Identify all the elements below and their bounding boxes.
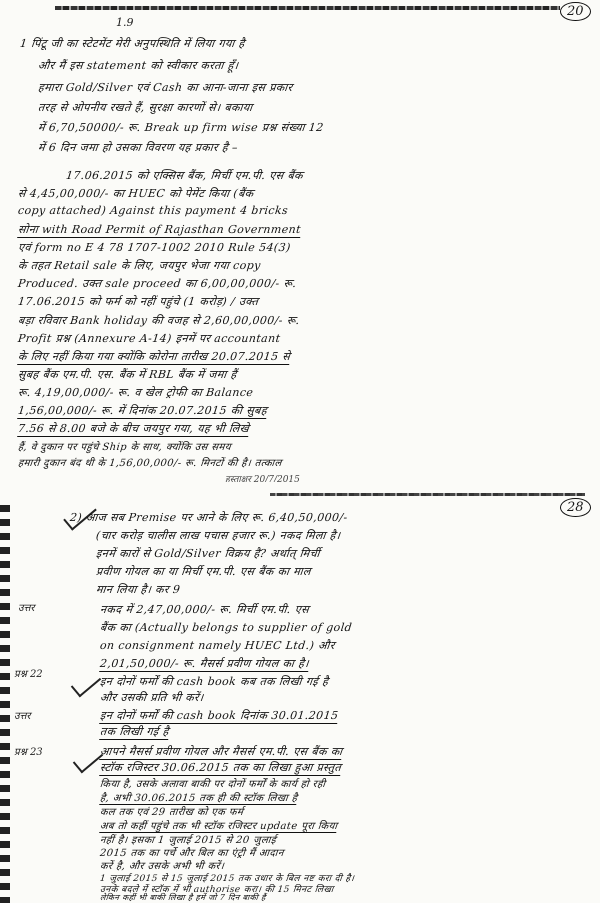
text-line: आपने मैसर्स प्रवीण गोयल और मैसर्स एम.पी.… (99, 744, 343, 760)
text-line: 17.06.2015 को एक्सिस बैंक, मिर्ची एम.पी.… (65, 168, 304, 183)
text-line: 1,56,00,000/- रू. में दिनांक 20.07.2015 … (17, 403, 268, 419)
text-line: और मैं इस statement को स्वीकार करता हूँ। (37, 58, 239, 73)
text-line: लेकिन कहीं भी बाकी लिखा है हमें जो 7 दिन… (99, 892, 266, 903)
text-line: तरह से ओपनीय रखते हैं, सुरक्षा कारणों से… (37, 100, 253, 115)
scan-header-strip (55, 6, 560, 10)
text-line: 2015 तक का पर्चे और बिल का एंट्री मैं आद… (99, 845, 284, 859)
header-mark: 1.9 (116, 16, 134, 29)
scan-header-strip (270, 493, 585, 496)
page-number-badge: 28 (560, 500, 591, 515)
text-line: इन दोनों फर्मों की cash book दिनांक 30.0… (99, 708, 339, 724)
text-line: बैंक का (Actually belongs to supplier of… (99, 620, 353, 635)
text-line: (चार करोड़ चालीस लाख पचास हजार रू.) नकद … (95, 528, 341, 543)
margin-note: उत्तर (14, 708, 30, 722)
checkmark-icon (71, 669, 101, 698)
text-line: है, अभी 30.06.2015 तक ही की स्टॉक लिखा ह… (99, 790, 298, 805)
text-line: करें है, और उसके अभी भी करें। (99, 858, 225, 872)
text-line: और उसकी प्रति भी करें। (99, 690, 204, 705)
text-line: बड़ा रविवार Bank holiday की वजह से 2,60,… (17, 313, 300, 328)
text-line: नकद में 2,47,00,000/- रू. मिर्ची एम.पी. … (99, 602, 310, 617)
text-line: से 4,45,00,000/- का HUEC को पेमेंट किया … (17, 186, 254, 201)
margin-note: उत्तर (18, 600, 34, 614)
text-line: स्टॉक रजिस्टर 30.06.2015 तक का लिखा हुआ … (99, 760, 342, 776)
text-line: में 6,70,50000/- रू. Break up firm wise … (37, 120, 324, 135)
text-line: on consignment namely HUEC Ltd.) और (99, 638, 335, 653)
text-line: मान लिया है। कर 9 (95, 582, 181, 597)
text-line: एवं form no E 4 78 1707-1002 2010 Rule 5… (17, 240, 291, 255)
text-line: 1 पिंटू जी का स्टेटमेंट मेरी अनुपस्थिति … (19, 36, 245, 51)
page-number-badge: 20 (560, 4, 591, 19)
text-line: रू. 4,19,00,000/- रू. व खेल ट्रोफी का Ba… (17, 385, 254, 400)
text-line: सुबह बैंक एम.पी. एस. बैंक में RBL बैंक म… (17, 367, 237, 382)
document-page-1: 1.9 20 1 पिंटू जी का स्टेटमेंट मेरी अनुप… (0, 0, 600, 482)
margin-note: प्रश्न 23 (14, 744, 43, 758)
text-line: Produced. उक्त sale proceed का 6,00,00,0… (17, 276, 297, 291)
notebook-spiral-binding (0, 505, 10, 903)
text-line: तक लिखी गई है (99, 724, 169, 740)
text-line: के लिए नहीं किया गया क्योंकि कोरोना तारी… (17, 349, 291, 365)
text-line: copy attached) Against this payment 4 br… (17, 204, 288, 217)
document-page-2: 28 2) आज सब Premise पर आने के लिए रू. 6,… (0, 482, 600, 903)
text-line: में 6 दिन जमा हो उसका विवरण यह प्रकार है… (37, 140, 239, 155)
text-line: 2,01,50,000/- रू. मैसर्स प्रवीण गोयल का … (99, 656, 310, 672)
margin-note: प्रश्न 22 (14, 666, 43, 680)
text-line: के तहत Retail sale के लिए, जयपुर भेजा गय… (17, 258, 261, 273)
text-line: 7.56 से 8.00 बजे के बीच जयपुर गया, यह भी… (17, 421, 250, 437)
text-line: 17.06.2015 को फर्म को नहीं पहुंचे (1 करो… (17, 294, 259, 309)
text-line: इन दोनों फर्मों की cash book कब तक लिखी … (99, 674, 329, 689)
text-line: हमारी दुकान बंद थी के 1,56,00,000/- रू. … (17, 455, 282, 469)
text-line: नहीं है। इसका 1 जुलाई 2015 से 20 जुलाई (99, 832, 277, 846)
text-line: हैं, वे दुकान पर पहुंचे Ship के साथ, क्य… (17, 439, 232, 453)
text-line: इनमें कारों से Gold/Silver विक्रय है? अर… (95, 546, 320, 561)
text-line: 2) आज सब Premise पर आने के लिए रू. 6,40,… (69, 510, 348, 525)
text-line: सोना with Road Permit of Rajasthan Gover… (17, 222, 302, 238)
text-line: कल तक एवं 29 तारीख को एक फर्म (99, 804, 244, 818)
text-line: प्रवीण गोयल का या मिर्ची एम.पी. एस बैंक … (95, 564, 311, 579)
text-line: अब तो कहीं पहुंचे तक भी स्टॉक रजिस्टर up… (99, 818, 338, 833)
text-line: Profit प्रश्न (Annexure A-14) इनमें पर a… (17, 331, 281, 346)
text-line: हमारा Gold/Silver एवं Cash का आना-जाना इ… (37, 80, 293, 95)
text-line: किया है, उसके अलावा बाकी पर दोनों फर्मों… (99, 776, 326, 790)
